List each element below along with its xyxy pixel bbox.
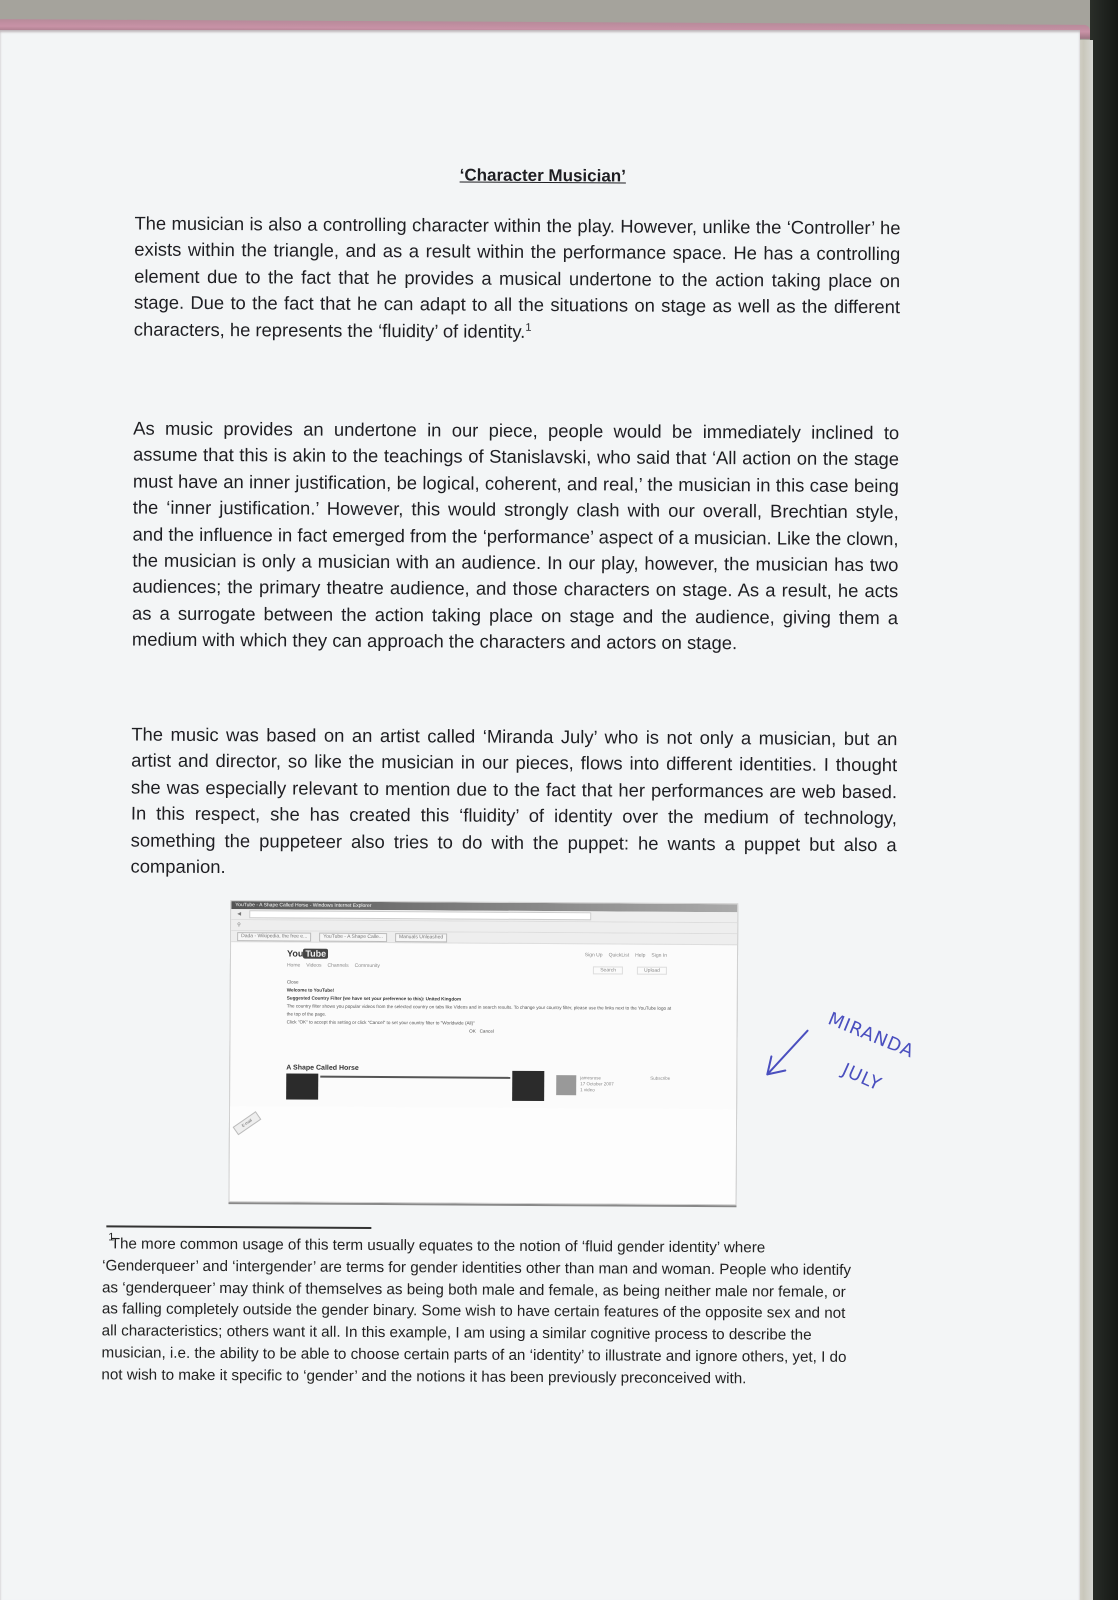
youtube-search: Search Upload bbox=[593, 966, 667, 974]
browser-tab: Dada - Wikipedia, the free e... bbox=[237, 932, 311, 941]
page-title: ‘Character Musician’ bbox=[3, 163, 1083, 190]
paragraph-2: As music provides an undertone in our pi… bbox=[132, 416, 899, 658]
footnote-reference[interactable]: 1 bbox=[525, 321, 531, 333]
binder-spine bbox=[1090, 0, 1118, 1600]
paragraph-3: The music was based on an artist called … bbox=[130, 722, 897, 885]
annotation-line-2: JULY bbox=[839, 1059, 885, 1095]
nav-item: Channels bbox=[327, 963, 348, 969]
footnote-text: The more common usage of this term usual… bbox=[101, 1233, 862, 1390]
video-player bbox=[286, 1073, 546, 1105]
channel-avatar bbox=[556, 1075, 576, 1095]
subscribe-label: Subscribe bbox=[650, 1076, 670, 1081]
browser-tab: Manuals Unleashed bbox=[395, 933, 447, 942]
youtube-logo: YouTube bbox=[287, 948, 737, 961]
toolbar-search-icon: ⚲ bbox=[237, 920, 241, 930]
youtube-header: YouTube Home Videos Channels Community S… bbox=[231, 942, 737, 971]
paragraph-1: The musician is also a controlling chara… bbox=[134, 211, 901, 348]
nav-item: Home bbox=[287, 962, 300, 968]
footnote-separator bbox=[106, 1225, 371, 1228]
handwritten-annotation: MIRANDA JULY bbox=[757, 1016, 958, 1137]
document-body: ‘Character Musician’ The musician is als… bbox=[0, 27, 1084, 1600]
video-title: A Shape Called Horse bbox=[286, 1064, 359, 1071]
nav-item: Videos bbox=[306, 963, 321, 969]
back-icon: ◀ bbox=[237, 909, 241, 919]
channel-info: jamesrose 17 October 2007 1 video bbox=[580, 1075, 614, 1093]
address-field bbox=[249, 910, 591, 920]
annotation-line-1: MIRANDA bbox=[825, 1008, 917, 1062]
youtube-top-links: Sign Up QuickList Help Sign In bbox=[585, 952, 667, 959]
country-filter-message: Close Welcome to YouTube! Suggested Coun… bbox=[231, 968, 677, 1037]
faded-scan-area bbox=[230, 1106, 737, 1204]
embedded-browser-screenshot: YouTube - A Shape Called Horse - Windows… bbox=[228, 900, 738, 1205]
nav-item: Community bbox=[355, 963, 380, 969]
browser-tab-active: YouTube - A Shape Calle... bbox=[319, 932, 387, 941]
paper-page: ‘Character Musician’ The musician is als… bbox=[0, 30, 1080, 1600]
